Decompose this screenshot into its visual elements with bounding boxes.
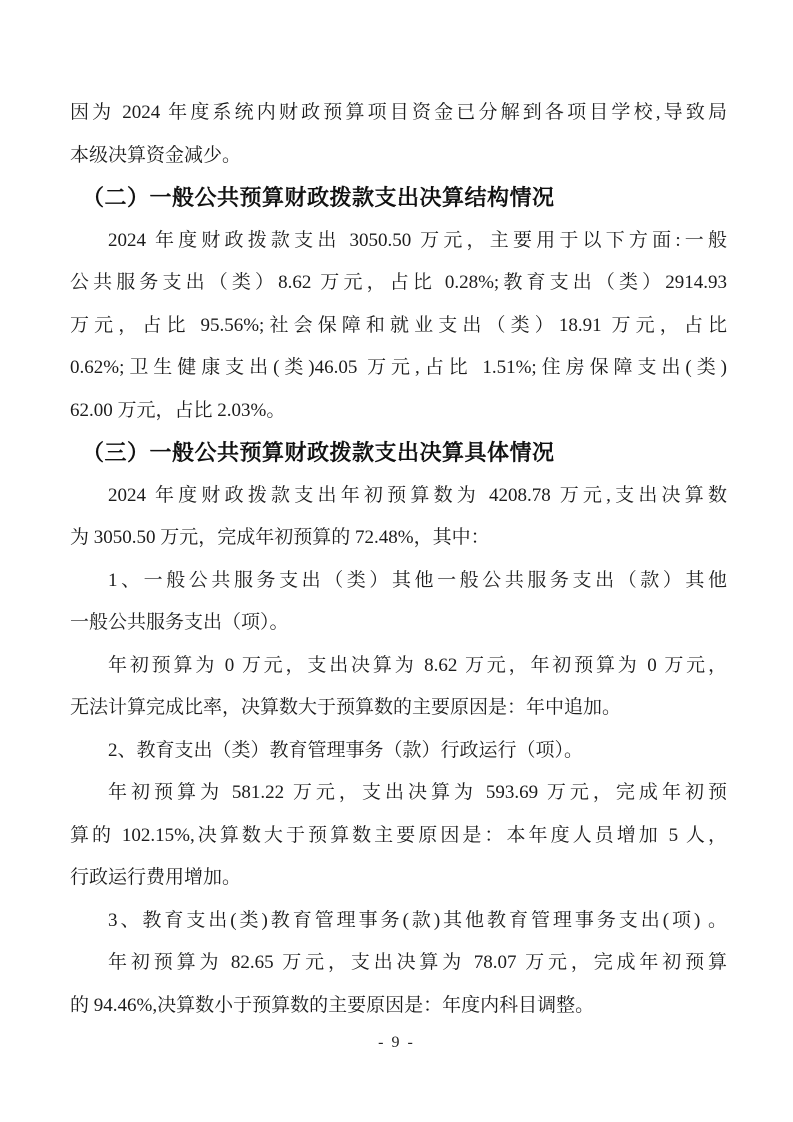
body-line: 行政运行费用增加。 — [70, 857, 727, 900]
document-text-block: 因为 2024 年度系统内财政预算项目资金已分解到各项目学校,导致局 本级决算资… — [70, 92, 727, 1027]
page-number: - 9 - — [0, 1032, 793, 1054]
body-line: 年初预算为 581.22 万元，支出决算为 593.69 万元，完成年初预 — [70, 772, 727, 815]
body-line: 1、一般公共服务支出（类）其他一般公共服务支出（款）其他 — [70, 560, 727, 603]
body-line: 2024 年度财政拨款支出 3050.50 万元，主要用于以下方面:一般 — [70, 220, 727, 263]
body-line: 2024 年度财政拨款支出年初预算数为 4208.78 万元,支出决算数 — [70, 475, 727, 518]
body-line: 62.00 万元，占比 2.03%。 — [70, 390, 727, 433]
body-line: 2、教育支出（类）教育管理事务（款）行政运行（项）。 — [70, 730, 727, 773]
section-heading: （三）一般公共预算财政拨款支出决算具体情况 — [70, 432, 727, 475]
body-line: 一般公共服务支出（项）。 — [70, 602, 727, 645]
body-line: 因为 2024 年度系统内财政预算项目资金已分解到各项目学校,导致局 — [70, 92, 727, 135]
body-line: 算的 102.15%,决算数大于预算数主要原因是：本年度人员增加 5 人， — [70, 815, 727, 858]
section-heading: （二）一般公共预算财政拨款支出决算结构情况 — [70, 177, 727, 220]
body-line: 无法计算完成比率，决算数大于预算数的主要原因是：年中追加。 — [70, 687, 727, 730]
body-line: 的 94.46%,决算数小于预算数的主要原因是：年度内科目调整。 — [70, 985, 727, 1028]
document-page: 因为 2024 年度系统内财政预算项目资金已分解到各项目学校,导致局 本级决算资… — [0, 0, 793, 1122]
body-line: 0.62%;卫生健康支出(类)46.05 万元,占比 1.51%;住房保障支出(… — [70, 347, 727, 390]
body-line: 3、教育支出(类)教育管理事务(款)其他教育管理事务支出(项) 。 — [70, 900, 727, 943]
body-line: 年初预算为 0 万元，支出决算为 8.62 万元，年初预算为 0 万元， — [70, 645, 727, 688]
body-line: 万元，占比 95.56%;社会保障和就业支出（类）18.91 万元，占比 — [70, 305, 727, 348]
body-line: 本级决算资金减少。 — [70, 135, 727, 178]
body-line: 年初预算为 82.65 万元，支出决算为 78.07 万元，完成年初预算 — [70, 942, 727, 985]
body-line: 为 3050.50 万元，完成年初预算的 72.48%，其中： — [70, 517, 727, 560]
body-line: 公共服务支出（类）8.62 万元，占比 0.28%;教育支出（类）2914.93 — [70, 262, 727, 305]
